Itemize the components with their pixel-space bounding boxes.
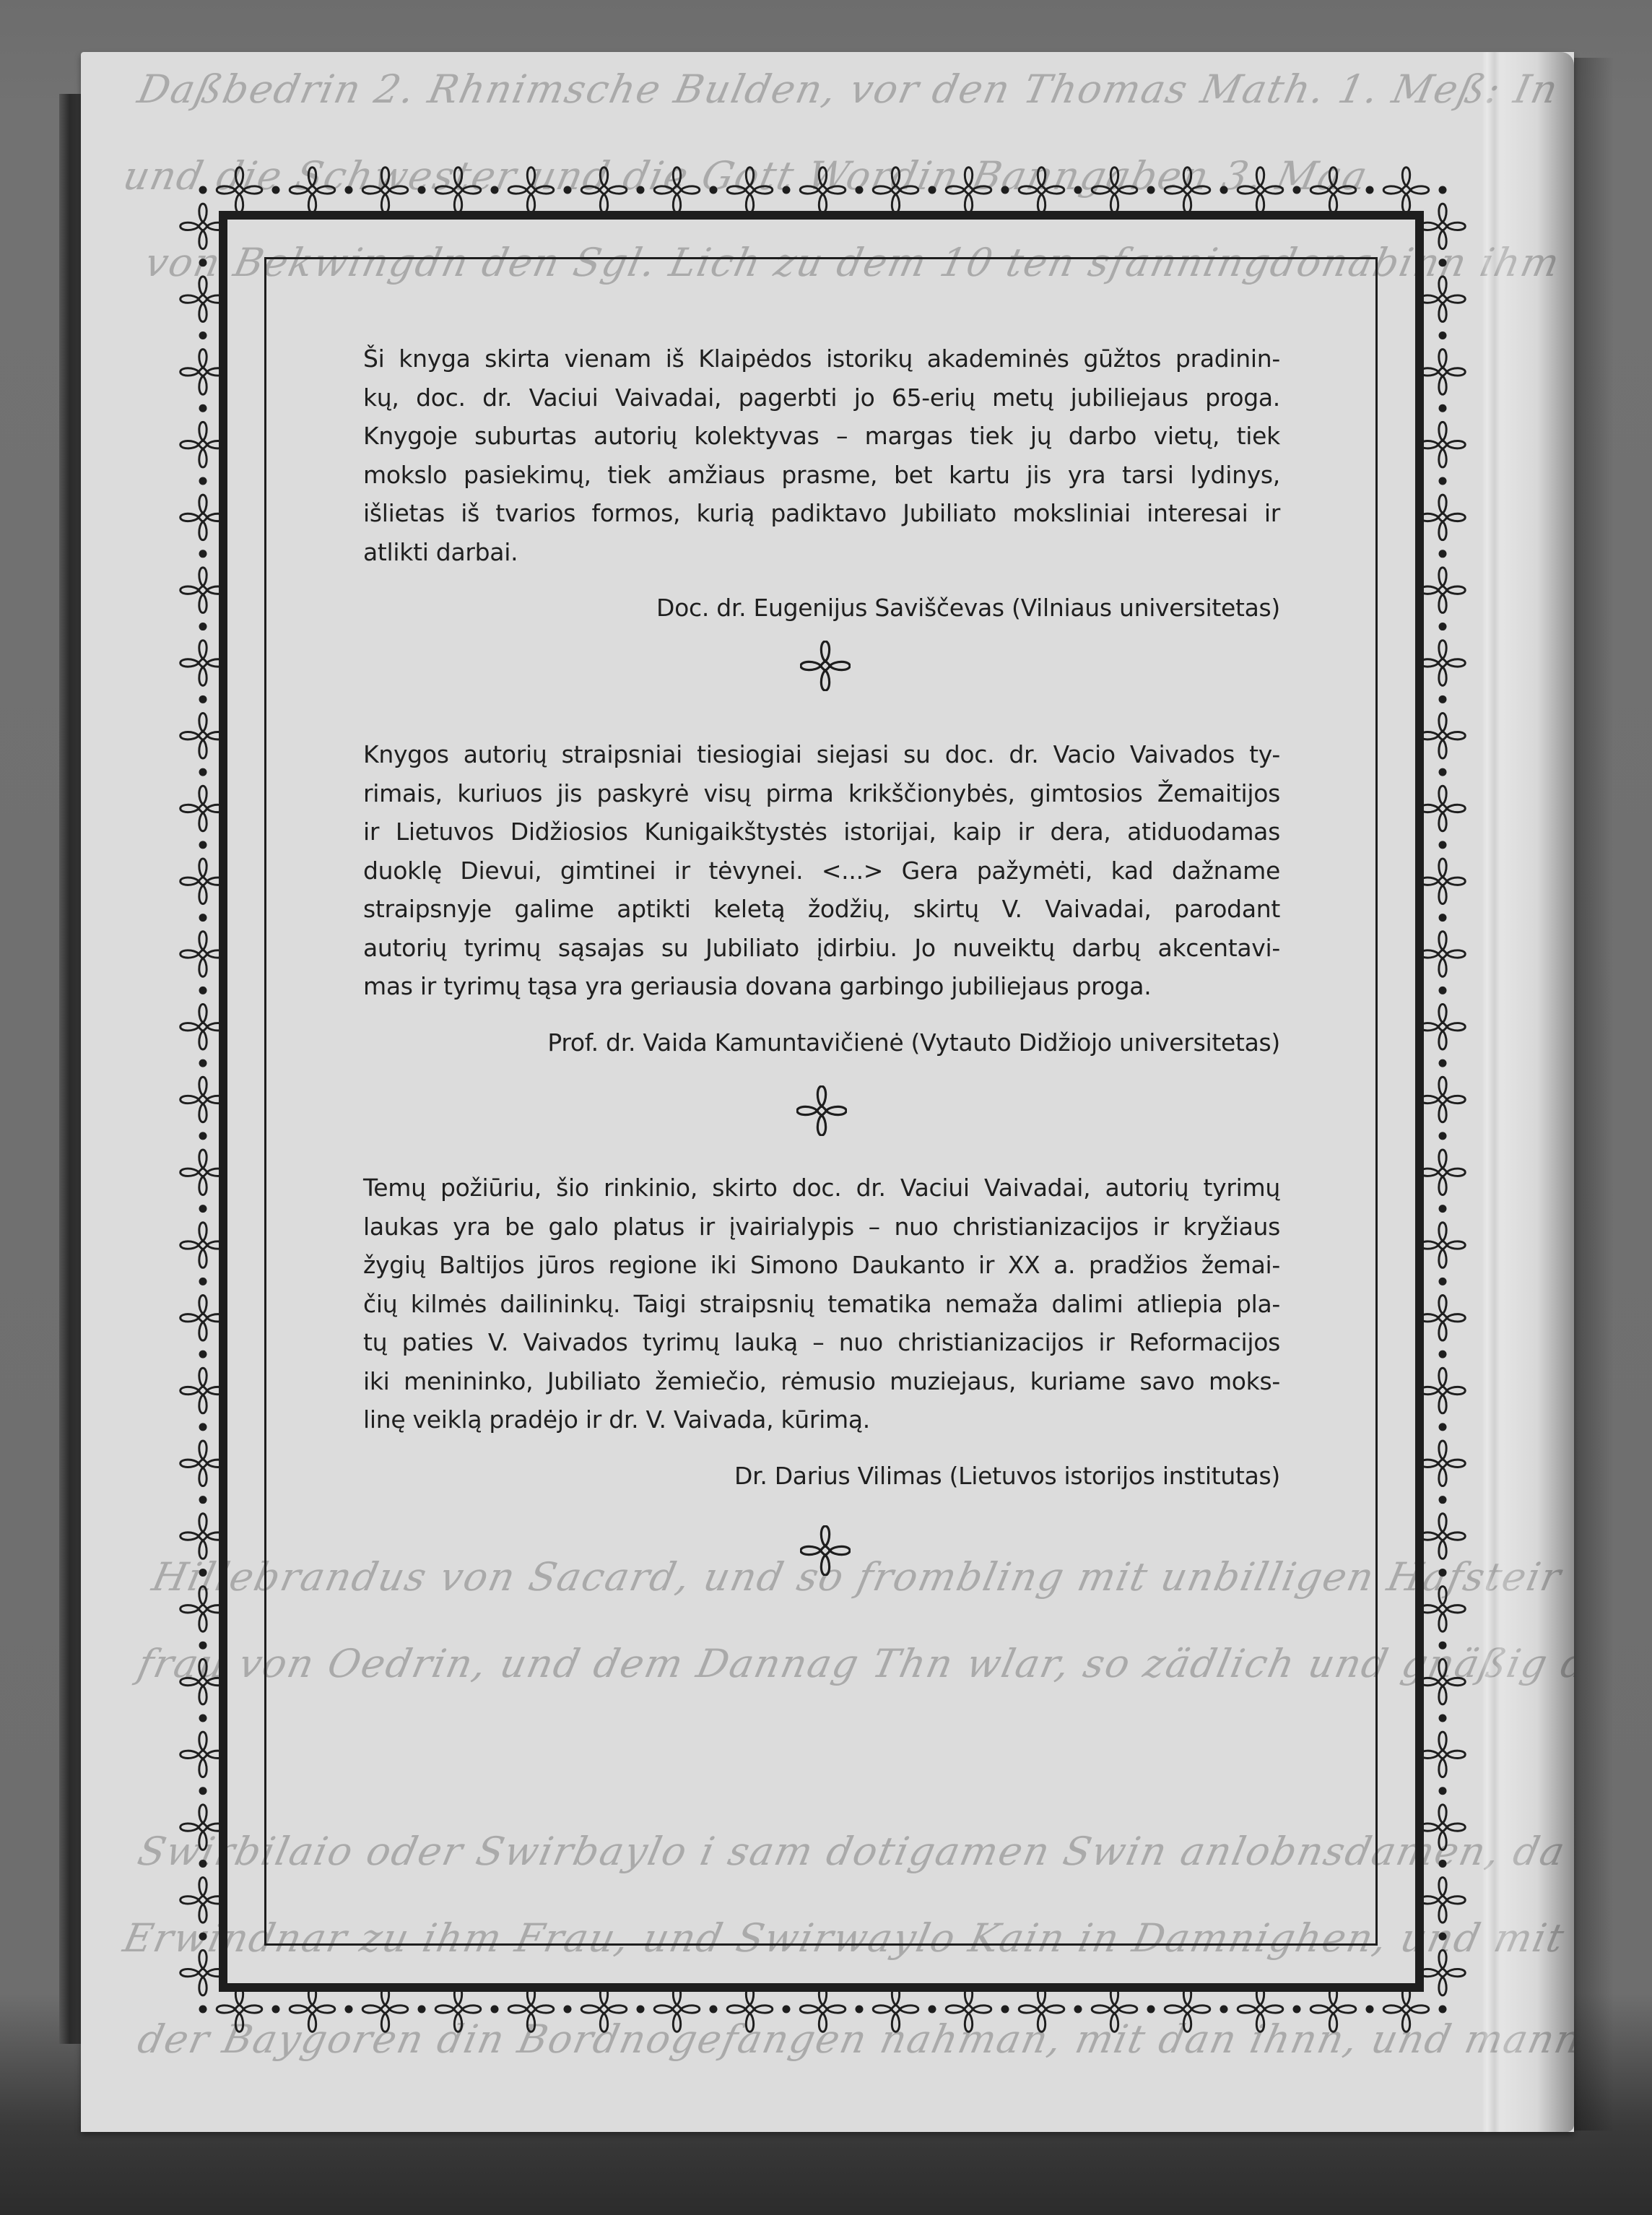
blurb-signature: Doc. dr. Eugenijus Saviščevas (Vilniaus … (363, 589, 1280, 627)
blurb-line: autorių tyrimų sąsajas su Jubiliato įdir… (363, 929, 1280, 968)
blurb-line: išlietas iš tvarios formos, kurią padikt… (363, 494, 1280, 533)
cover-shadow (1570, 58, 1614, 2131)
quatrefoil-knot-icon (800, 1525, 851, 1576)
blurb-line: Knygos autorių straipsniai tiesiogiai si… (363, 735, 1280, 774)
script-line: und die Schwester und die Gott Wordin Ba… (119, 153, 1373, 199)
blurb-line: mas ir tyrimų tąsa yra geriausia dovana … (363, 967, 1280, 1006)
quatrefoil-knot-icon (796, 1085, 847, 1136)
blurb-line: Temų požiūriu, šio rinkinio, skirto doc.… (363, 1169, 1280, 1208)
blurb-line: rimais, kuriuos jis paskyrė visų pirma k… (363, 774, 1280, 813)
blurb-text: Temų požiūriu, šio rinkinio, skirto doc.… (363, 1169, 1280, 1439)
blurb-line: laukas yra be galo platus ir įvairialypi… (363, 1208, 1280, 1247)
blurb-line: iki menininko, Jubiliato žemiečio, rėmus… (363, 1362, 1280, 1401)
blurb-line: linę veiklą pradėjo ir dr. V. Vaivada, k… (363, 1400, 1280, 1439)
blurb-signature: Prof. dr. Vaida Kamuntavičienė (Vytauto … (363, 1023, 1280, 1062)
blurb-line: kų, doc. dr. Vaciui Vaivadai, pagerbti j… (363, 378, 1280, 417)
blurb-line: ir Lietuvos Didžiosios Kunigaikštystės i… (363, 812, 1280, 851)
blurb-line: mokslo pasiekimų, tiek amžiaus prasme, b… (363, 456, 1280, 495)
blurb-line: Ši knyga skirta vienam iš Klaipėdos isto… (363, 339, 1280, 378)
blurb-text: Ši knyga skirta vienam iš Klaipėdos isto… (363, 339, 1280, 571)
blurb-line: atlikti darbai. (363, 533, 1280, 572)
blurb-line: žygių Baltijos jūros regione iki Simono … (363, 1246, 1280, 1285)
blurb-3: Temų požiūriu, šio rinkinio, skirto doc.… (363, 1169, 1280, 1495)
blurb-line: duoklę Dievui, gimtinei ir tėvynei. <...… (363, 851, 1280, 890)
blurb-text: Knygos autorių straipsniai tiesiogiai si… (363, 735, 1280, 1006)
blurb-line: čių kilmės dailininkų. Taigi straipsnių … (363, 1285, 1280, 1324)
script-line: Daßbedrin 2. Rhnimsche Bulden, vor den T… (134, 66, 1562, 112)
blurb-1: Ši knyga skirta vienam iš Klaipėdos isto… (363, 339, 1280, 627)
script-line: der Baygoren din Bordnogefangen nahman, … (134, 2016, 1574, 2062)
blurb-line: tų paties V. Vaivados tyrimų lauką – nuo… (363, 1323, 1280, 1362)
blurb-signature: Dr. Darius Vilimas (Lietuvos istorijos i… (363, 1457, 1280, 1495)
blurb-line: straipsnyje galime aptikti keletą žodžių… (363, 890, 1280, 929)
blurb-line: Knygoje suburtas autorių kolektyvas – ma… (363, 417, 1280, 456)
blurb-2: Knygos autorių straipsniai tiesiogiai si… (363, 735, 1280, 1062)
quatrefoil-knot-icon (800, 641, 851, 691)
